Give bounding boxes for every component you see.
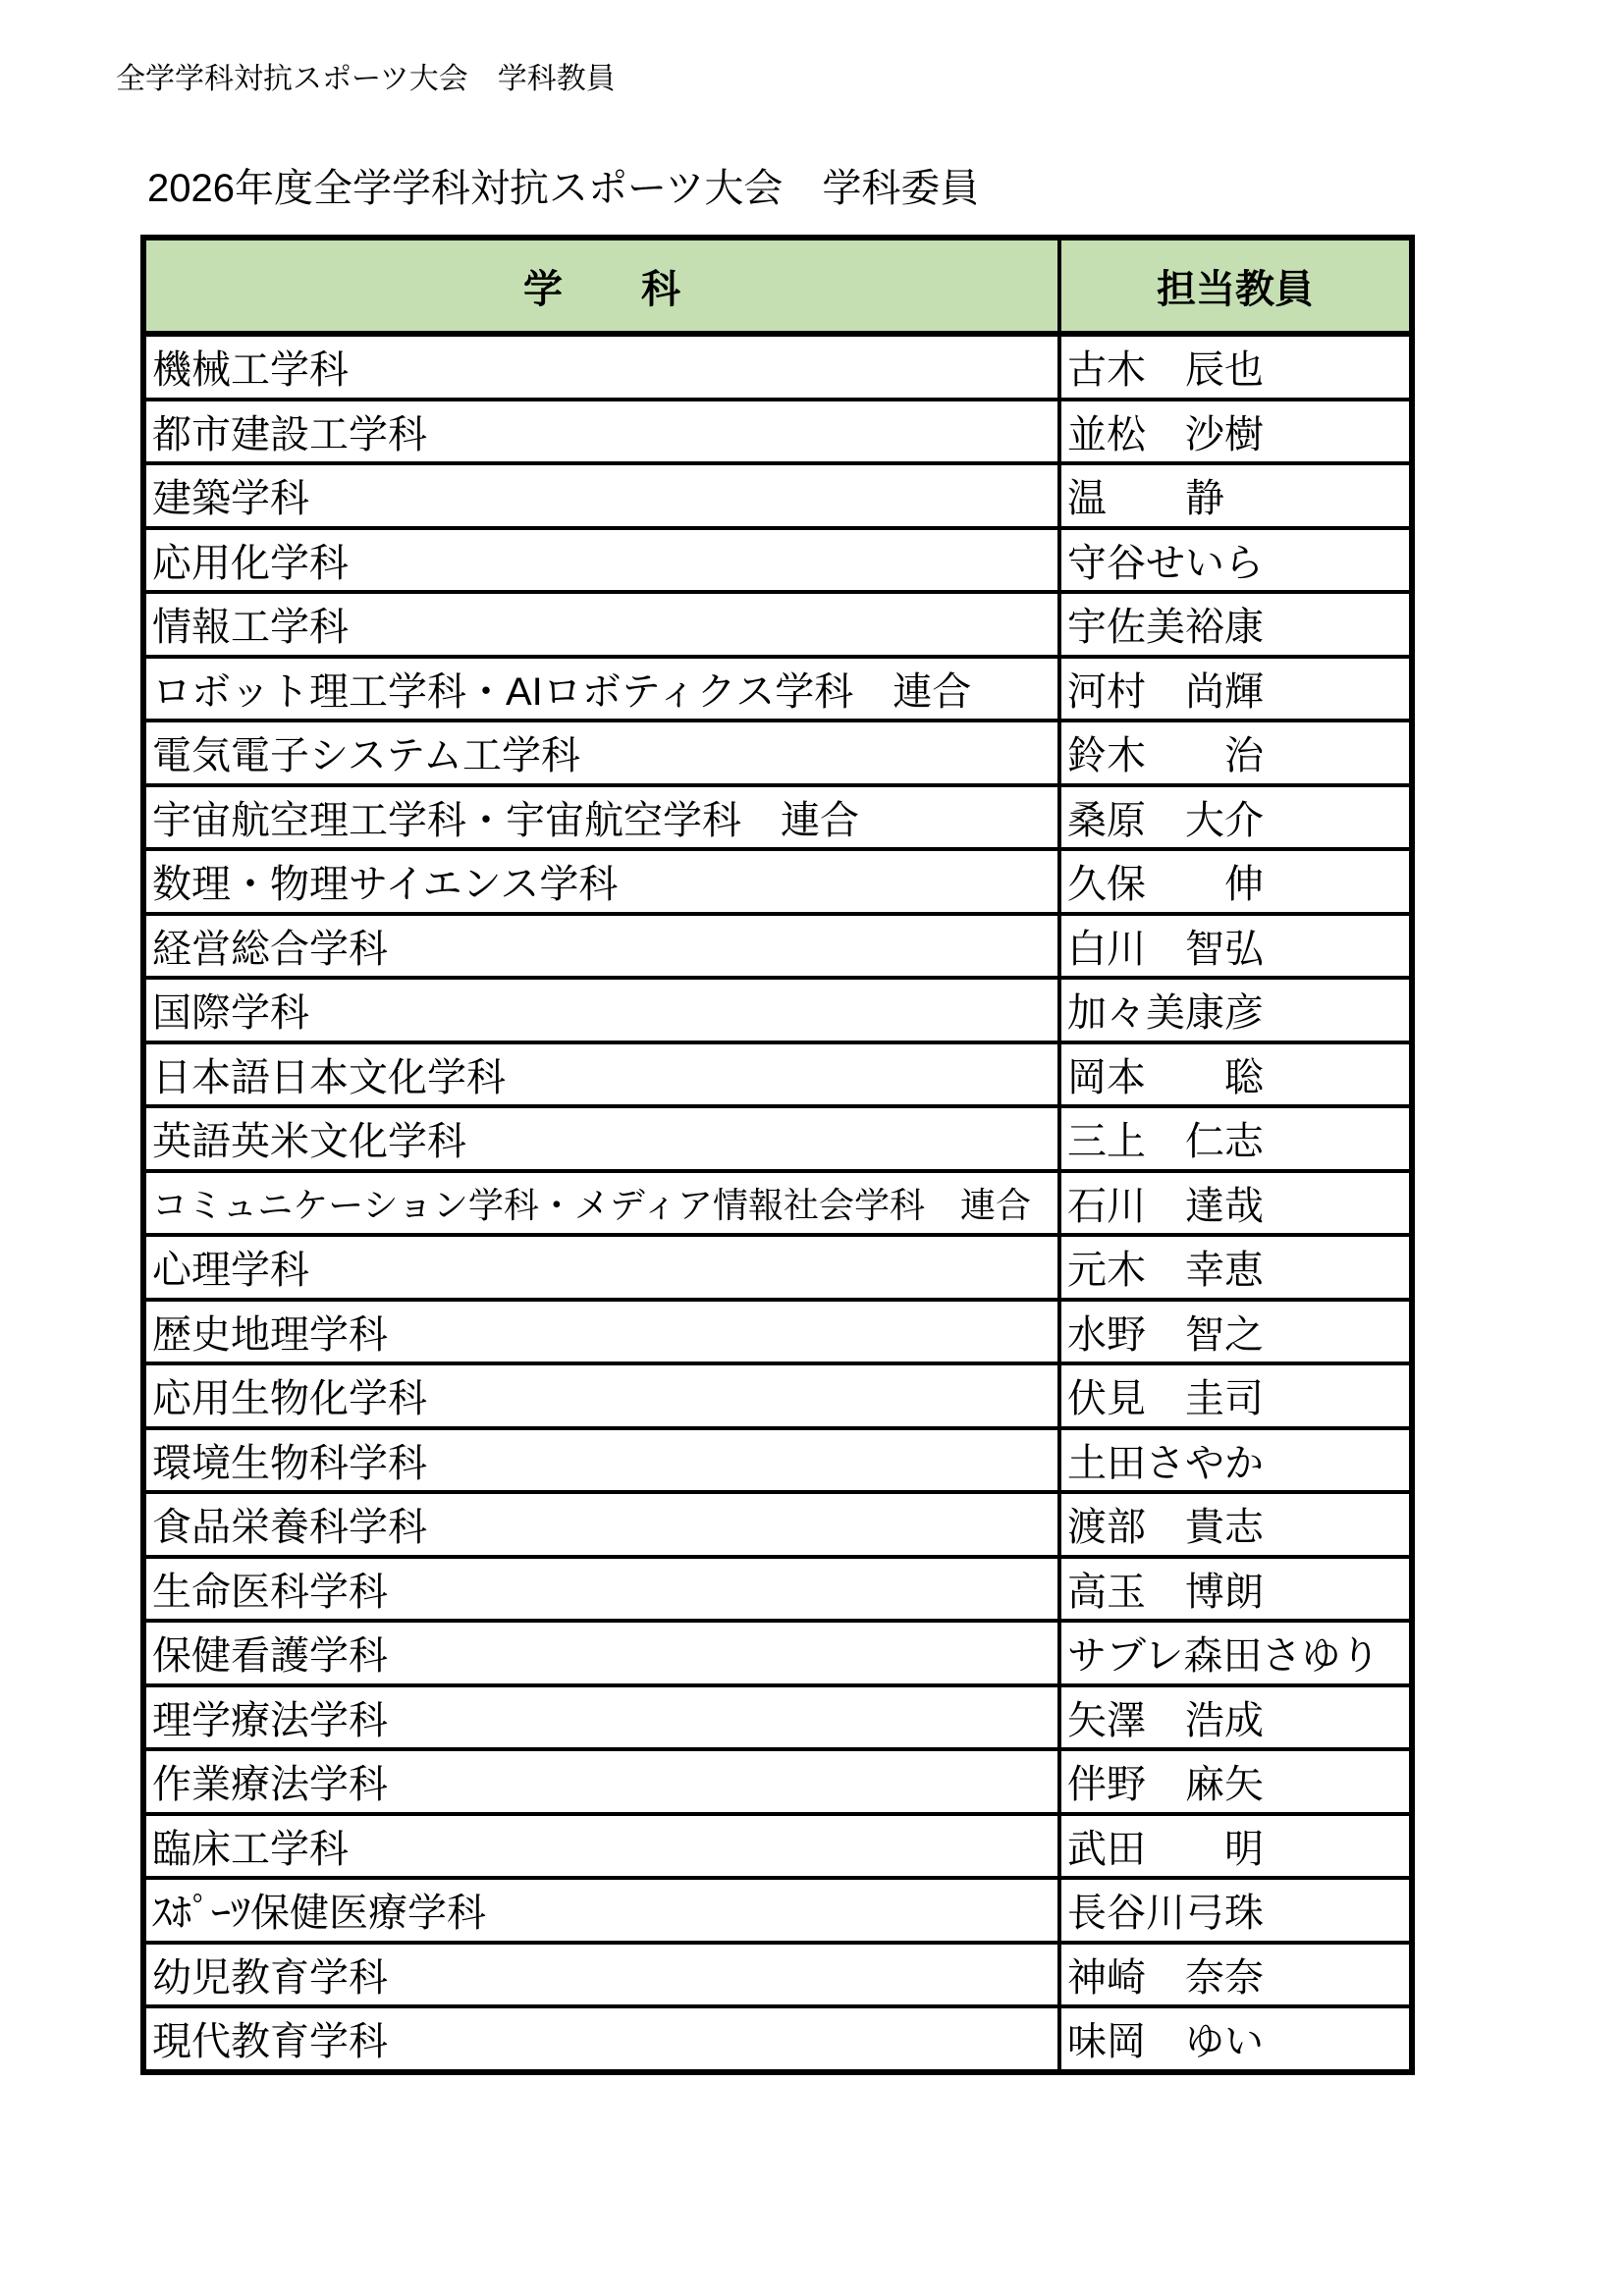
teacher-cell: 河村 尚輝 [1059, 657, 1412, 721]
teacher-cell: 白川 智弘 [1059, 914, 1412, 979]
department-cell: 機械工学科 [143, 334, 1059, 400]
department-cell: ｽﾎﾟｰﾂ保健医療学科 [143, 1878, 1059, 1943]
table-row: 日本語日本文化学科岡本 聡 [143, 1042, 1412, 1107]
page-title: 2026年度全学学科対抗スポーツ大会 学科委員 [147, 167, 979, 210]
department-cell: 幼児教育学科 [143, 1943, 1059, 2007]
department-cell: 英語英米文化学科 [143, 1106, 1059, 1171]
committee-table: 学 科 担当教員 機械工学科古木 辰也都市建設工学科並松 沙樹建築学科温 静応用… [140, 235, 1415, 2075]
teacher-cell: 石川 達哉 [1059, 1171, 1412, 1236]
department-cell: 歴史地理学科 [143, 1300, 1059, 1364]
table-row: 保健看護学科サブレ森田さゆり [143, 1621, 1412, 1685]
department-cell: 応用生物化学科 [143, 1363, 1059, 1428]
teacher-cell: 長谷川弓珠 [1059, 1878, 1412, 1943]
table-row: 臨床工学科武田 明 [143, 1814, 1412, 1879]
teacher-cell: 神崎 奈奈 [1059, 1943, 1412, 2007]
department-cell: 臨床工学科 [143, 1814, 1059, 1879]
department-cell: 環境生物科学科 [143, 1428, 1059, 1493]
department-cell: 電気電子システム工学科 [143, 721, 1059, 785]
teacher-cell: 並松 沙樹 [1059, 400, 1412, 464]
table-row: 建築学科温 静 [143, 463, 1412, 528]
department-cell: 経営総合学科 [143, 914, 1059, 979]
department-cell: 数理・物理サイエンス学科 [143, 849, 1059, 914]
teacher-cell: 鈴木 治 [1059, 721, 1412, 785]
department-cell: コミュニケーション学科・メディア情報社会学科 連合 [143, 1171, 1059, 1236]
department-cell: 日本語日本文化学科 [143, 1042, 1059, 1107]
table-row: 国際学科加々美康彦 [143, 978, 1412, 1042]
table-row: ロボット理工学科・AIロボティクス学科 連合河村 尚輝 [143, 657, 1412, 721]
table-row: 現代教育学科味岡 ゆい [143, 2006, 1412, 2072]
teacher-cell: 矢澤 浩成 [1059, 1685, 1412, 1750]
table-row: 理学療法学科矢澤 浩成 [143, 1685, 1412, 1750]
table-row: 幼児教育学科神崎 奈奈 [143, 1943, 1412, 2007]
teacher-cell: 宇佐美裕康 [1059, 592, 1412, 657]
teacher-cell: 加々美康彦 [1059, 978, 1412, 1042]
teacher-cell: 守谷せいら [1059, 528, 1412, 593]
column-header-teacher: 担当教員 [1059, 238, 1412, 334]
department-cell: ロボット理工学科・AIロボティクス学科 連合 [143, 657, 1059, 721]
department-cell: 宇宙航空理工学科・宇宙航空学科 連合 [143, 785, 1059, 850]
table-row: ｽﾎﾟｰﾂ保健医療学科長谷川弓珠 [143, 1878, 1412, 1943]
document-header-note: 全学学科対抗スポーツ大会 学科教員 [116, 63, 616, 95]
table-row: 歴史地理学科水野 智之 [143, 1300, 1412, 1364]
teacher-cell: 味岡 ゆい [1059, 2006, 1412, 2072]
department-cell: 生命医科学科 [143, 1557, 1059, 1622]
teacher-cell: 三上 仁志 [1059, 1106, 1412, 1171]
teacher-cell: 元木 幸恵 [1059, 1235, 1412, 1300]
teacher-cell: 桑原 大介 [1059, 785, 1412, 850]
table-row: コミュニケーション学科・メディア情報社会学科 連合石川 達哉 [143, 1171, 1412, 1236]
department-cell: 作業療法学科 [143, 1749, 1059, 1814]
teacher-cell: 伴野 麻矢 [1059, 1749, 1412, 1814]
department-cell: 建築学科 [143, 463, 1059, 528]
teacher-cell: 温 静 [1059, 463, 1412, 528]
department-cell: 国際学科 [143, 978, 1059, 1042]
table-row: 応用化学科守谷せいら [143, 528, 1412, 593]
table-row: 情報工学科宇佐美裕康 [143, 592, 1412, 657]
table-row: 数理・物理サイエンス学科久保 伸 [143, 849, 1412, 914]
department-cell: 保健看護学科 [143, 1621, 1059, 1685]
department-cell: 現代教育学科 [143, 2006, 1059, 2072]
table-row: 英語英米文化学科三上 仁志 [143, 1106, 1412, 1171]
table-row: 環境生物科学科土田さやか [143, 1428, 1412, 1493]
department-cell: 食品栄養科学科 [143, 1492, 1059, 1557]
table-row: 生命医科学科高玉 博朗 [143, 1557, 1412, 1622]
table-row: 作業療法学科伴野 麻矢 [143, 1749, 1412, 1814]
table-row: 心理学科元木 幸恵 [143, 1235, 1412, 1300]
department-cell: 心理学科 [143, 1235, 1059, 1300]
department-cell: 応用化学科 [143, 528, 1059, 593]
teacher-cell: サブレ森田さゆり [1059, 1621, 1412, 1685]
table-header-row: 学 科 担当教員 [143, 238, 1412, 334]
document-page: 全学学科対抗スポーツ大会 学科教員 2026年度全学学科対抗スポーツ大会 学科委… [0, 0, 1624, 2296]
department-cell: 理学療法学科 [143, 1685, 1059, 1750]
department-cell: 都市建設工学科 [143, 400, 1059, 464]
table-row: 食品栄養科学科渡部 貴志 [143, 1492, 1412, 1557]
teacher-cell: 古木 辰也 [1059, 334, 1412, 400]
table-row: 都市建設工学科並松 沙樹 [143, 400, 1412, 464]
department-cell: 情報工学科 [143, 592, 1059, 657]
teacher-cell: 水野 智之 [1059, 1300, 1412, 1364]
column-header-department: 学 科 [143, 238, 1059, 334]
table-row: 応用生物化学科伏見 圭司 [143, 1363, 1412, 1428]
table-row: 電気電子システム工学科鈴木 治 [143, 721, 1412, 785]
table-row: 経営総合学科白川 智弘 [143, 914, 1412, 979]
teacher-cell: 高玉 博朗 [1059, 1557, 1412, 1622]
teacher-cell: 土田さやか [1059, 1428, 1412, 1493]
teacher-cell: 久保 伸 [1059, 849, 1412, 914]
table-row: 機械工学科古木 辰也 [143, 334, 1412, 400]
teacher-cell: 伏見 圭司 [1059, 1363, 1412, 1428]
table-row: 宇宙航空理工学科・宇宙航空学科 連合桑原 大介 [143, 785, 1412, 850]
teacher-cell: 渡部 貴志 [1059, 1492, 1412, 1557]
teacher-cell: 武田 明 [1059, 1814, 1412, 1879]
teacher-cell: 岡本 聡 [1059, 1042, 1412, 1107]
